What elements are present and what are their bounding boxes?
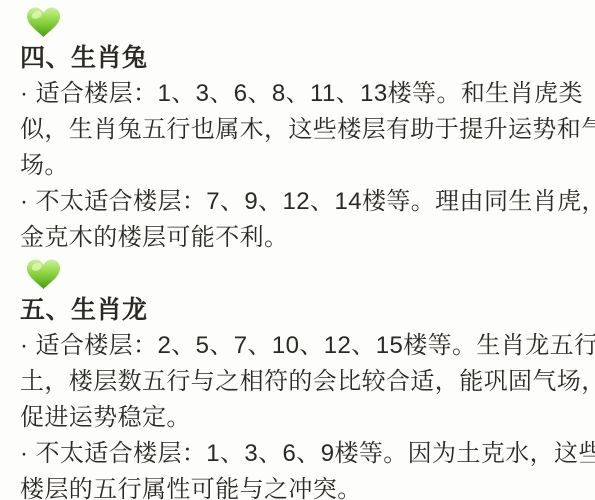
section-heading-rabbit: 四、生肖兔 <box>20 40 581 76</box>
article-body: 四、生肖兔 · 适合楼层：1、3、6、8、11、13楼等。和生肖虎类 似，生肖兔… <box>0 0 595 500</box>
dragon-suitable-line: 促进运势稳定。 <box>20 400 581 436</box>
green-heart-icon <box>20 4 581 40</box>
rabbit-suitable-line: · 适合楼层：1、3、6、8、11、13楼等。和生肖虎类 <box>20 76 581 112</box>
rabbit-unsuitable-line: 金克木的楼层可能不利。 <box>20 220 581 256</box>
dragon-suitable-line: 土，楼层数五行与之相符的会比较合适，能巩固气场， <box>20 364 581 400</box>
rabbit-suitable-line: 似，生肖兔五行也属木，这些楼层有助于提升运势和气 <box>20 112 581 148</box>
dragon-unsuitable-line: · 不太适合楼层：1、3、6、9楼等。因为土克水，这些 <box>20 436 581 472</box>
green-heart-icon <box>27 7 60 38</box>
green-heart-icon <box>20 256 581 292</box>
green-heart-icon <box>27 259 60 290</box>
dragon-unsuitable-line: 楼层的五行属性可能与之冲突。 <box>20 472 581 500</box>
dragon-suitable-line: · 适合楼层：2、5、7、10、12、15楼等。生肖龙五行属 <box>20 328 581 364</box>
rabbit-unsuitable-line: · 不太适合楼层：7、9、12、14楼等。理由同生肖虎， <box>20 184 581 220</box>
rabbit-suitable-line: 场。 <box>20 148 581 184</box>
section-heading-dragon: 五、生肖龙 <box>20 292 581 328</box>
